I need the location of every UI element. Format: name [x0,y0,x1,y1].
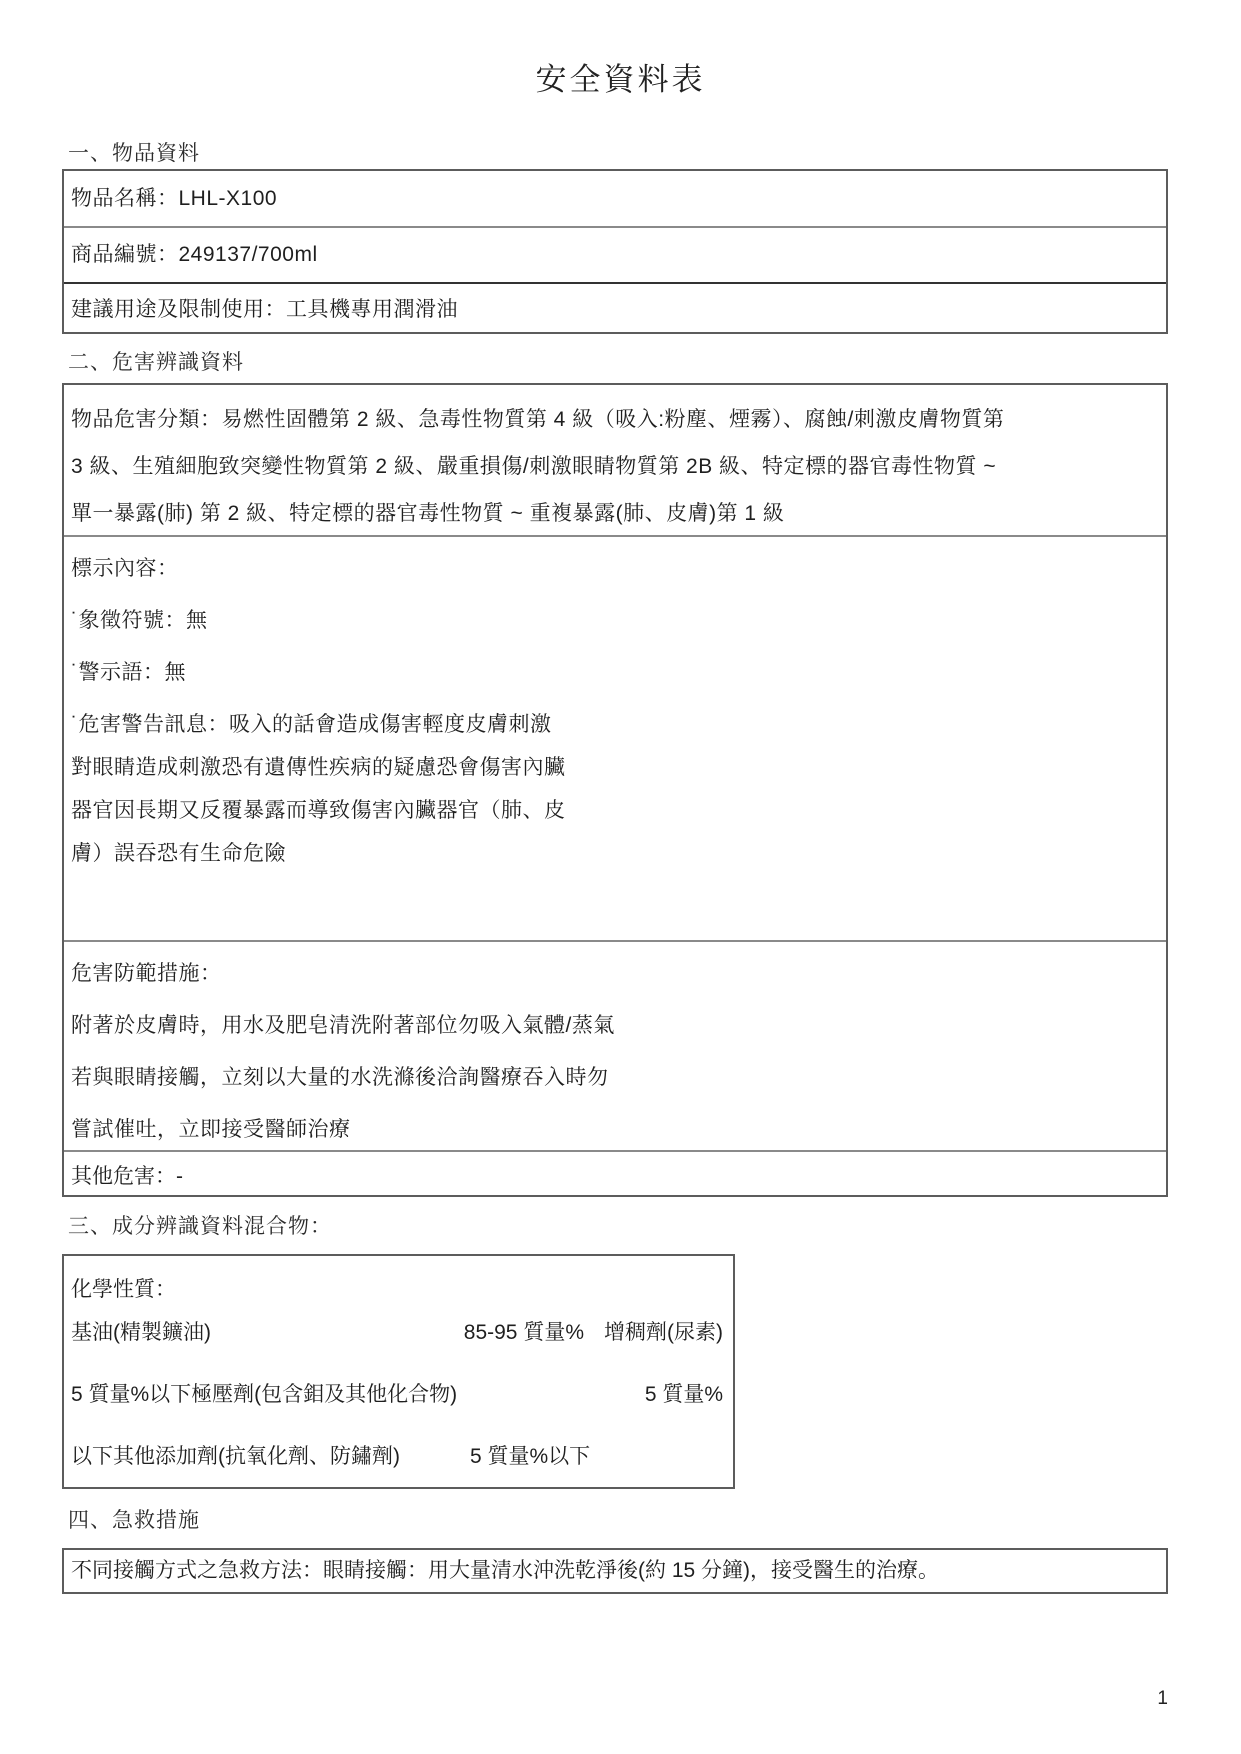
composition-table: 化學性質： 基油(精製鑛油) 85-95 質量% 增稠劑(尿素) 5 質量%以下… [62,1254,735,1489]
page-number: 1 [62,1688,1168,1710]
hazard-classification-cell: 物品危害分類：易燃性固體第 2 級、急毒性物質第 4 級（吸入:粉塵、煙霧）、腐… [64,385,1166,535]
warning-line-3: 膚）誤吞恐有生命危險 [71,832,1158,875]
precaution-line-3: 嘗試催吐，立即接受醫師治療 [71,1108,1158,1150]
item-code-row: 商品編號：249137/700ml [64,226,1166,282]
document-title: 安全資料表 [0,54,1241,99]
chemical-nature-label: 化學性質： [71,1268,723,1311]
classification-line-2: 3 級、生殖細胞致突變性物質第 2 級、嚴重損傷/刺激眼睛物質第 2B 級、特定… [71,443,1158,490]
additives-label: 以下其他添加劑(抗氧化劑、防鏽劑) [71,1435,400,1478]
signal-word-bullet: ˙警示語：無 [71,651,1158,694]
item-use-row: 建議用途及限制使用：工具機專用潤滑油 [64,282,1166,336]
base-oil-percentage: 85-95 質量% [464,1311,584,1354]
item-info-table: 物品名稱：LHL-X100 商品編號：249137/700ml 建議用途及限制使… [62,169,1168,334]
composition-row-base-oil: 基油(精製鑛油) 85-95 質量% 增稠劑(尿素) [71,1311,723,1354]
precautions-title: 危害防範措施： [71,952,1158,995]
additives-percentage: 5 質量%以下 [470,1435,590,1478]
ep-agent-percentage: 5 質量% [645,1373,723,1416]
hazard-id-table: 物品危害分類：易燃性固體第 2 級、急毒性物質第 4 級（吸入:粉塵、煙霧）、腐… [62,383,1168,1197]
item-name-row: 物品名稱：LHL-X100 [64,171,1166,226]
other-hazards-cell: 其他危害：- [64,1150,1166,1201]
base-oil-label: 基油(精製鑛油) [71,1311,211,1354]
symbol-bullet: ˙象徵符號：無 [71,599,1158,642]
section-4-heading: 四、急救措施 [68,1504,200,1534]
classification-line-3: 單一暴露(肺) 第 2 級、特定標的器官毒性物質 ~ 重複暴露(肺、皮膚)第 1… [71,490,1158,535]
first-aid-row: 不同接觸方式之急救方法：眼睛接觸：用大量清水沖洗乾淨後(約 15 分鐘)，接受醫… [64,1550,1166,1592]
precautions-cell: 危害防範措施： 附著於皮膚時，用水及肥皂清洗附著部位勿吸入氣體/蒸氣 若與眼睛接… [64,940,1166,1150]
section-1-heading: 一、物品資料 [68,137,200,167]
section-3-heading: 三、成分辨識資料混合物： [68,1210,332,1240]
precaution-line-2: 若與眼睛接觸，立刻以大量的水洗滌後洽詢醫療吞入時勿 [71,1056,1158,1099]
composition-row-ep-agent: 5 質量%以下極壓劑(包含鉬及其他化合物) 5 質量% [71,1373,723,1416]
warning-line-1: 對眼睛造成刺激恐有遺傳性疾病的疑慮恐會傷害內臟 [71,746,1158,789]
first-aid-table: 不同接觸方式之急救方法：眼睛接觸：用大量清水沖洗乾淨後(約 15 分鐘)，接受醫… [62,1548,1168,1594]
safety-data-sheet-page: 安全資料表 一、物品資料 物品名稱：LHL-X100 商品編號：249137/7… [0,0,1241,1754]
composition-row-additives: 以下其他添加劑(抗氧化劑、防鏽劑) 5 質量%以下 [71,1435,723,1478]
classification-line-1: 物品危害分類：易燃性固體第 2 級、急毒性物質第 4 級（吸入:粉塵、煙霧）、腐… [71,396,1158,443]
label-content-title: 標示內容： [71,547,1158,590]
hazard-warning-bullet: ˙危害警告訊息：吸入的話會造成傷害輕度皮膚刺激 [71,703,1158,746]
label-content-cell: 標示內容： ˙象徵符號：無 ˙警示語：無 ˙危害警告訊息：吸入的話會造成傷害輕度… [64,535,1166,940]
precaution-line-1: 附著於皮膚時，用水及肥皂清洗附著部位勿吸入氣體/蒸氣 [71,1004,1158,1047]
section-2-heading: 二、危害辨識資料 [68,346,244,376]
thickener-label: 增稠劑(尿素) [604,1311,723,1354]
warning-line-2: 器官因長期又反覆暴露而導致傷害內臟器官（肺、皮 [71,789,1158,832]
ep-agent-label: 5 質量%以下極壓劑(包含鉬及其他化合物) [71,1373,457,1416]
